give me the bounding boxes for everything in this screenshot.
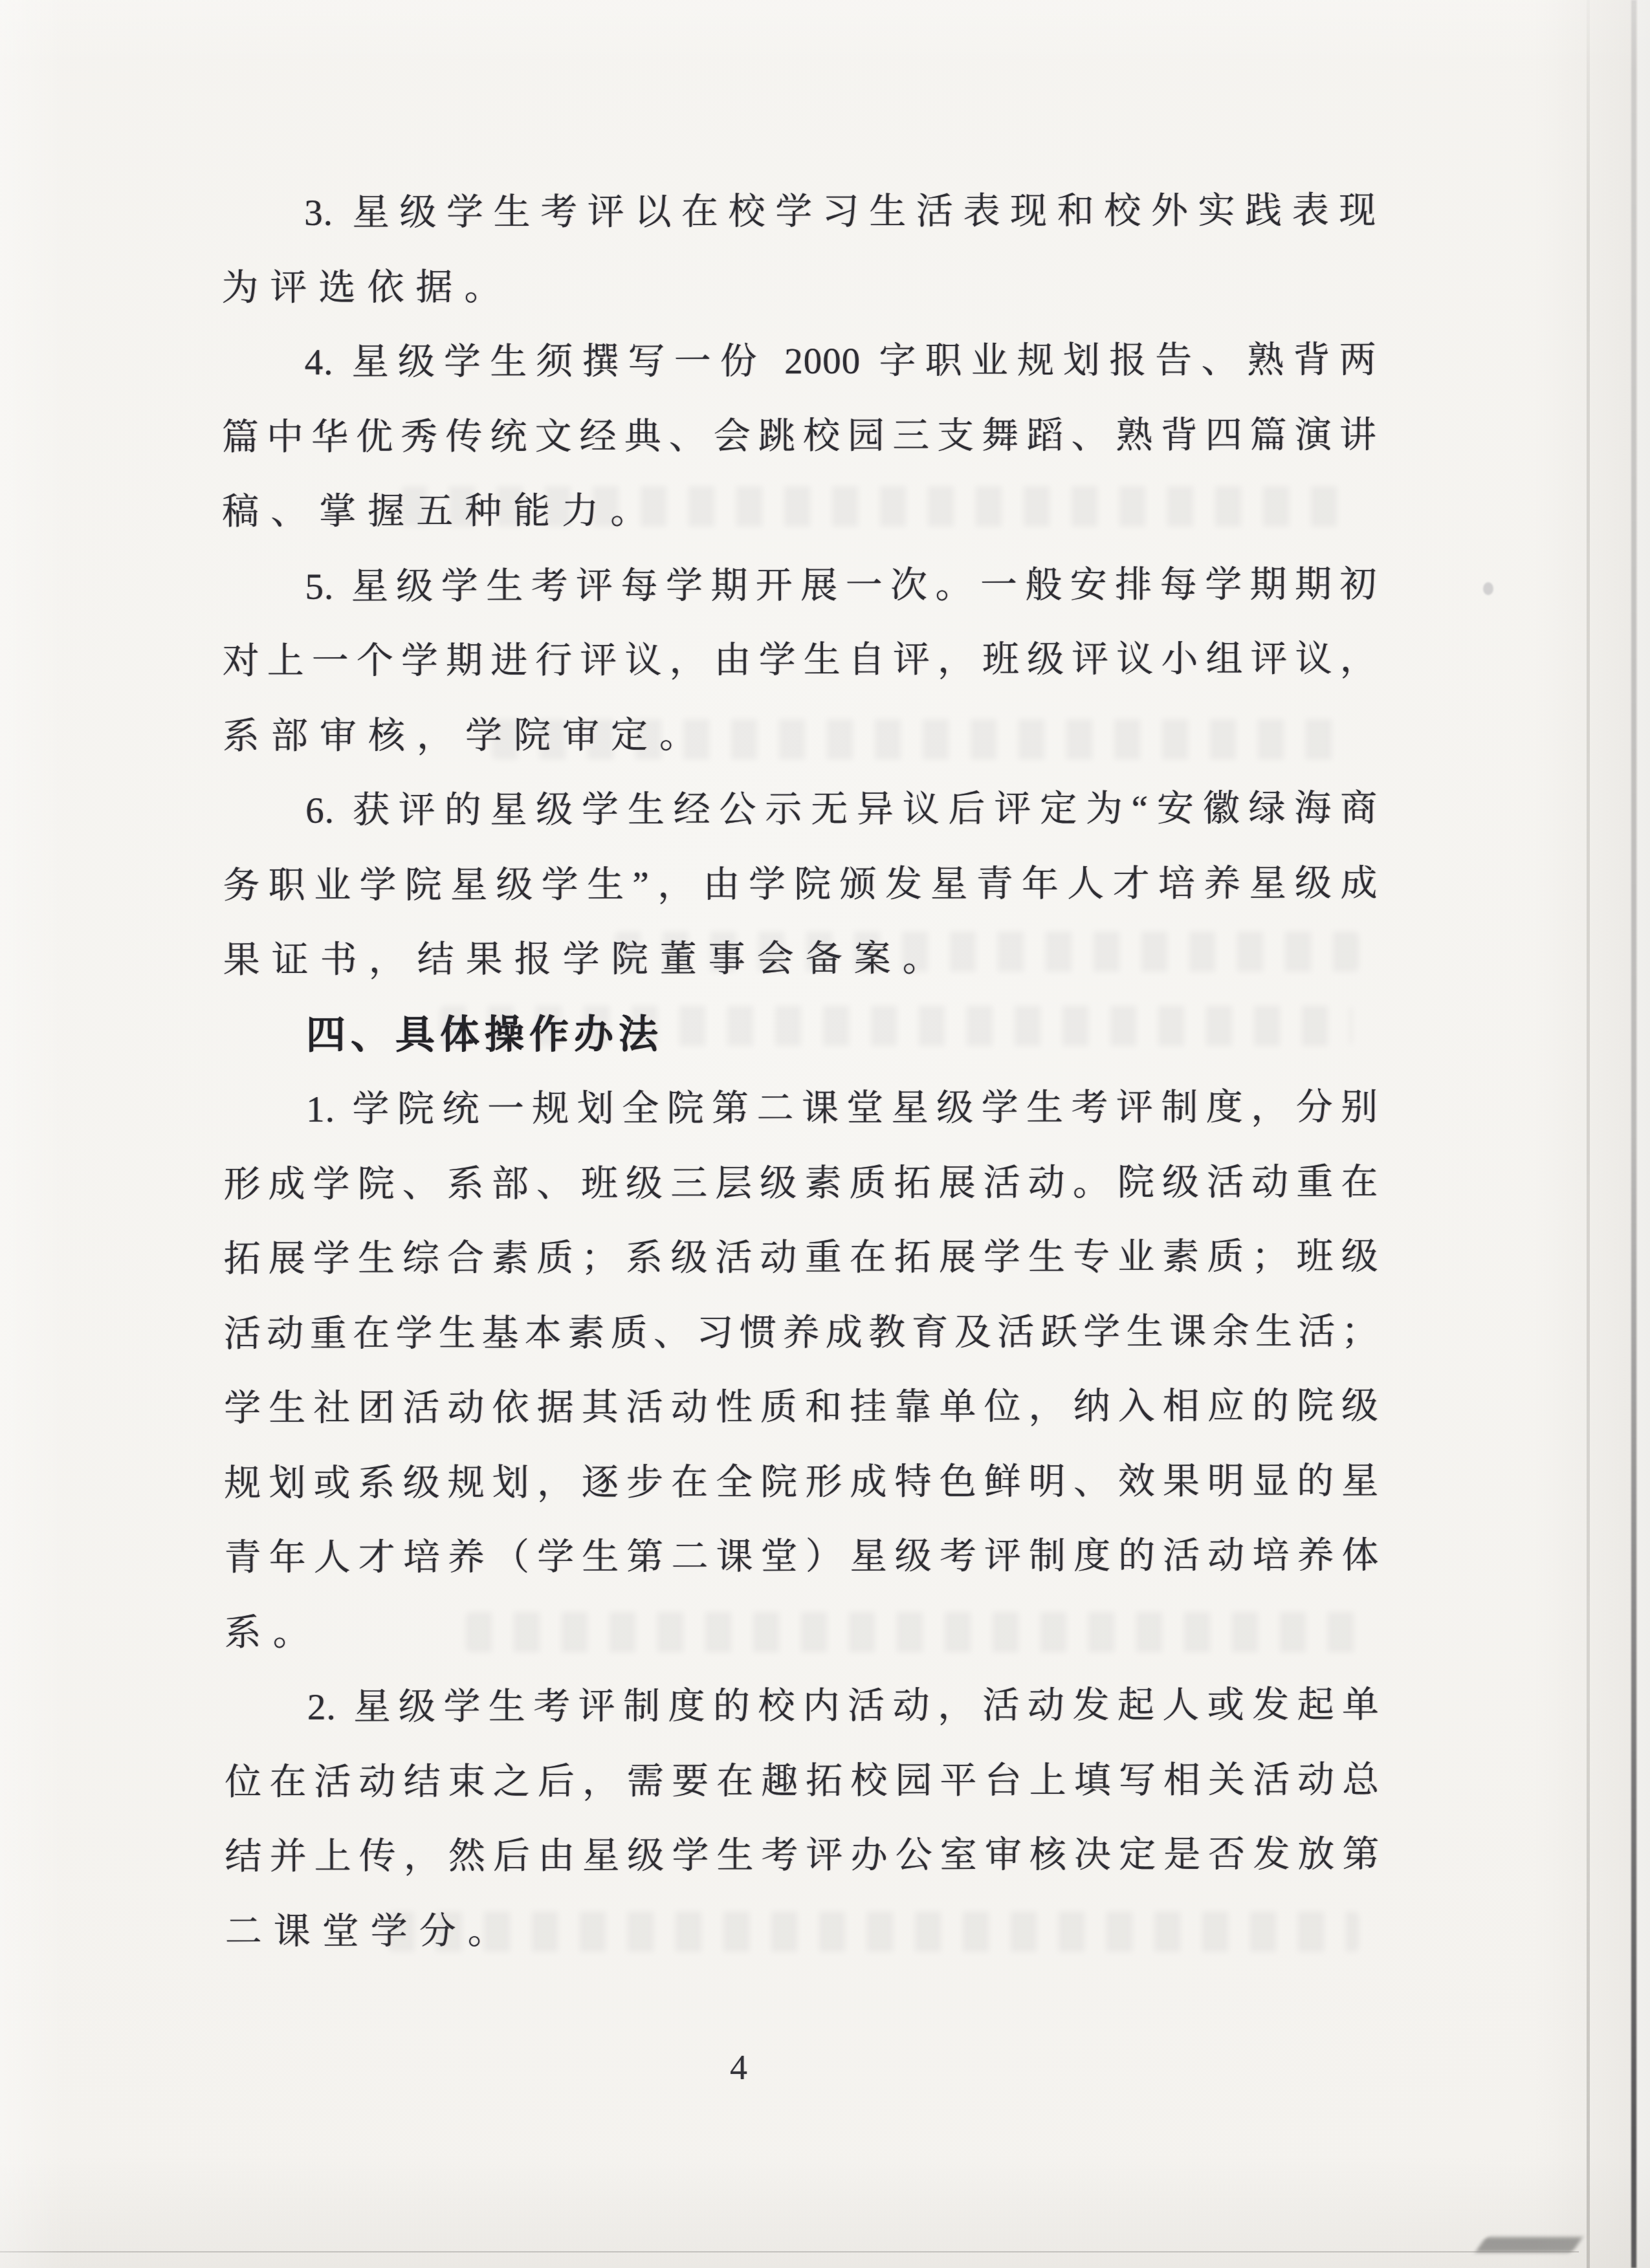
text-line: 学生社团活动依据其活动性质和挂靠单位，纳入相应的院级 bbox=[224, 1369, 1379, 1446]
paragraph-item-3: 3. 星级学生考评以在校学习生活表现和校外实践表现 为评选依据。 bbox=[221, 173, 1376, 325]
scan-speck bbox=[1483, 582, 1493, 595]
paragraph-item-1: 1. 学院统一规划全院第二课堂星级学生考评制度，分别 形成学院、系部、班级三层级… bbox=[223, 1070, 1380, 1670]
scan-edge-paper-strip bbox=[1638, 0, 1650, 2268]
paragraph-item-6: 6. 获评的星级学生经公示无异议后评定为“安徽绿海商 务职业学院星级学生”，由学… bbox=[223, 771, 1378, 998]
text-line: 拓展学生综合素质；系级活动重在拓展学生专业素质；班级 bbox=[223, 1219, 1378, 1296]
text-line: 系。 bbox=[225, 1593, 1380, 1670]
text-line: 位在活动结束之后，需要在趣拓校园平台上填写相关活动总 bbox=[225, 1743, 1380, 1820]
paragraph-item-2: 2. 星级学生考评制度的校内活动，活动发起人或发起单 位在活动结束之后，需要在趣… bbox=[225, 1668, 1380, 1969]
text-line: 3. 星级学生考评以在校学习生活表现和校外实践表现 bbox=[221, 173, 1376, 250]
paragraph-item-4: 4. 星级学生须撰写一份 2000 字职业规划报告、熟背两 篇中华优秀传统文经典… bbox=[222, 323, 1378, 549]
document-body: 3. 星级学生考评以在校学习生活表现和校外实践表现 为评选依据。 4. 星级学生… bbox=[221, 173, 1380, 1969]
text-line: 果证书，结果报学院董事会备案。 bbox=[223, 921, 1378, 998]
text-line: 2. 星级学生考评制度的校内活动，活动发起人或发起单 bbox=[225, 1668, 1380, 1745]
text-line: 二课堂学分。 bbox=[225, 1892, 1380, 1969]
text-line: 青年人才培养（学生第二课堂）星级考评制度的活动培养体 bbox=[224, 1518, 1379, 1595]
text-line: 1. 学院统一规划全院第二课堂星级学生考评制度，分别 bbox=[223, 1070, 1378, 1147]
scan-corner-smudge bbox=[1475, 2237, 1583, 2252]
scanned-document-page: 3. 星级学生考评以在校学习生活表现和校外实践表现 为评选依据。 4. 星级学生… bbox=[0, 0, 1650, 2268]
text-line: 规划或系级规划，逐步在全院形成特色鲜明、效果明显的星 bbox=[224, 1444, 1379, 1521]
scan-edge-shadow bbox=[1631, 0, 1636, 2268]
text-line: 务职业学院星级学生”，由学院颁发星青年人才培养星级成 bbox=[223, 846, 1378, 923]
text-line: 稿、掌握五种能力。 bbox=[222, 472, 1377, 549]
text-line: 结并上传，然后由星级学生考评办公室审核决定是否发放第 bbox=[225, 1817, 1380, 1894]
text-line: 系部审核，学院审定。 bbox=[223, 697, 1378, 774]
text-line: 形成学院、系部、班级三层级素质拓展活动。院级活动重在 bbox=[223, 1145, 1378, 1222]
text-line: 5. 星级学生考评每学期开展一次。一般安排每学期期初 bbox=[222, 547, 1377, 624]
text-line: 6. 获评的星级学生经公示无异议后评定为“安徽绿海商 bbox=[223, 771, 1378, 848]
section-heading: 四、具体操作办法 bbox=[223, 996, 1378, 1073]
text-line: 篇中华优秀传统文经典、会跳校园三支舞蹈、熟背四篇演讲 bbox=[222, 398, 1377, 475]
page-number: 4 bbox=[730, 2048, 747, 2087]
text-line: 4. 星级学生须撰写一份 2000 字职业规划报告、熟背两 bbox=[222, 323, 1377, 400]
section-heading-text: 四、具体操作办法 bbox=[223, 996, 1378, 1073]
paragraph-item-5: 5. 星级学生考评每学期开展一次。一般安排每学期期初 对上一个学期进行评议，由学… bbox=[222, 547, 1378, 774]
page-fold-line bbox=[1587, 0, 1590, 2268]
text-line: 活动重在学生基本素质、习惯养成教育及活跃学生课余生活； bbox=[224, 1294, 1379, 1371]
page-bottom-edge bbox=[0, 2251, 1579, 2252]
text-line: 为评选依据。 bbox=[221, 248, 1376, 325]
text-line: 对上一个学期进行评议，由学生自评，班级评议小组评议， bbox=[223, 622, 1378, 699]
